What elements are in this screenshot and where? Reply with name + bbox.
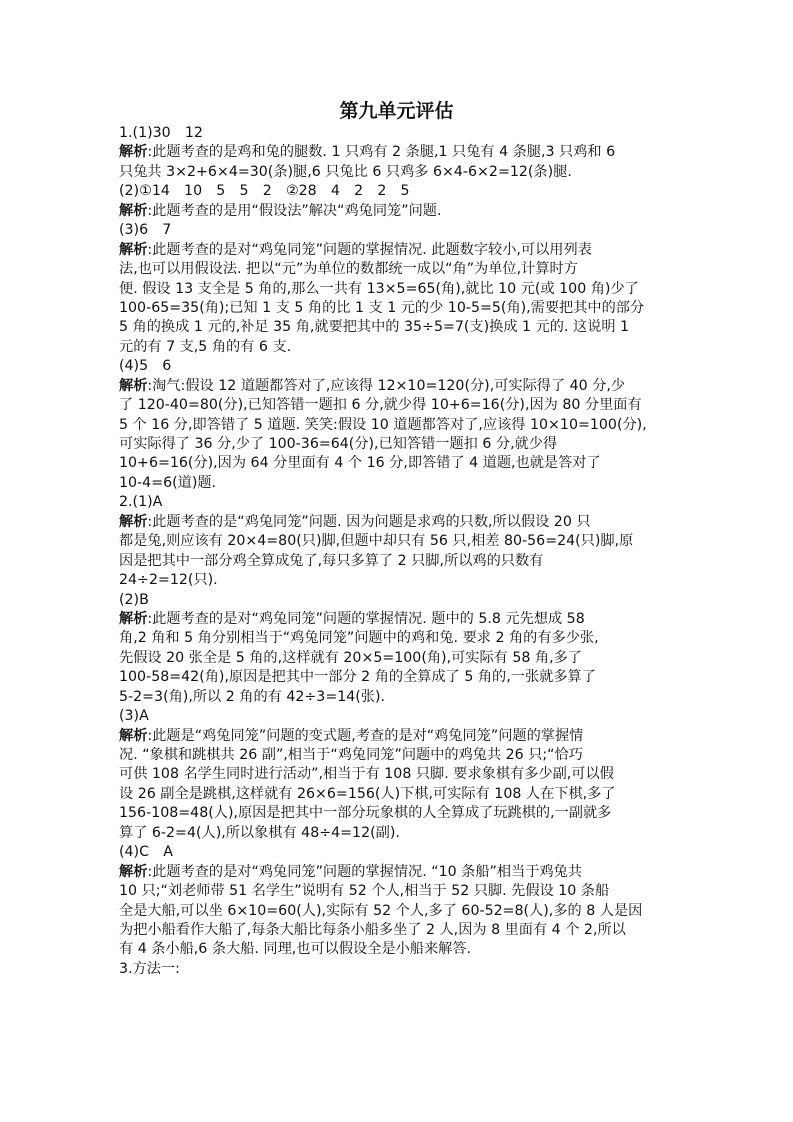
line-text: 全是大船,可以坐 6×10=60(人),实际有 52 个人,多了 60-52=8…: [119, 903, 642, 919]
text-line: 可实际得了 36 分,少了 100-36=64(分),已知答错一题扣 6 分,就…: [119, 435, 679, 454]
text-line: 都是兔,则应该有 20×4=80(只)脚,但题中却只有 56 只,相差 80-5…: [119, 532, 679, 551]
text-line: 了 120-40=80(分),已知答错一题扣 6 分,就少得 10+6=16(分…: [119, 396, 679, 415]
analysis-label: 解析: [119, 611, 147, 627]
text-line: 10+6=16(分),因为 64 分里面有 4 个 16 分,即答错了 4 道题…: [119, 454, 679, 473]
text-line: 便. 假设 13 支全是 5 角的,那么一共有 13×5=65(角),就比 10…: [119, 280, 679, 299]
line-text: :此题是“鸡兔同笼”问题的变式题,考查的是对“鸡兔同笼”问题的掌握情: [147, 728, 583, 744]
line-text: 2.(1)A: [119, 494, 162, 510]
line-text: 100-58=42(角),原因是把其中一部分 2 角的全算成了 5 角的,一张就…: [119, 669, 596, 685]
answer-line: 3.方法一:: [119, 960, 679, 979]
text-line: 法,也可以用假设法. 把以“元”为单位的数都统一成以“角”为单位,计算时方: [119, 260, 679, 279]
line-text: 只兔共 3×2+6×4=30(条)腿,6 只兔比 6 只鸡多 6×4-6×2=1…: [119, 164, 572, 180]
analysis-label: 解析: [119, 242, 147, 258]
text-line: 况. “象棋和跳棋共 26 副”,相当于“鸡兔同笼”问题中的鸡兔共 26 只;“…: [119, 746, 679, 765]
line-text: 都是兔,则应该有 20×4=80(只)脚,但题中却只有 56 只,相差 80-5…: [119, 533, 633, 549]
line-text: (4)C A: [119, 844, 173, 860]
analysis-line: 解析:此题考查的是“鸡兔同笼”问题. 因为问题是求鸡的只数,所以假设 20 只: [119, 513, 679, 532]
line-text: 10 只;“刘老师带 51 名学生”说明有 52 个人,相当于 52 只脚. 先…: [119, 883, 609, 899]
line-text: 156-108=48(人),原因是把其中一部分玩象棋的人全算成了玩跳棋的,一副就…: [119, 805, 611, 821]
page-title: 第九单元评估: [0, 98, 793, 124]
answer-content: 1.(1)30 12解析:此题考查的是鸡和兔的腿数. 1 只鸡有 2 条腿,1 …: [119, 124, 679, 979]
line-text: (4)5 6: [119, 358, 171, 374]
analysis-line: 解析:此题考查的是鸡和兔的腿数. 1 只鸡有 2 条腿,1 只兔有 4 条腿,3…: [119, 143, 679, 162]
text-line: 元的有 7 支,5 角的有 6 支.: [119, 338, 679, 357]
line-text: 先假设 20 张全是 5 角的,这样就有 20×5=100(角),可实际有 58…: [119, 650, 582, 666]
line-text: :此题考查的是对“鸡兔同笼”问题的掌握情况. 题中的 5.8 元先想成 58: [147, 611, 584, 627]
line-text: 角,2 角和 5 角分别相当于“鸡兔同笼”问题中的鸡和兔. 要求 2 角的有多少…: [119, 630, 599, 646]
line-text: 可供 108 名学生同时进行活动”,相当于有 108 只脚. 要求象棋有多少副,…: [119, 766, 614, 782]
text-line: 5-2=3(角),所以 2 角的有 42÷3=14(张).: [119, 688, 679, 707]
analysis-label: 解析: [119, 378, 147, 394]
line-text: 况. “象棋和跳棋共 26 副”,相当于“鸡兔同笼”问题中的鸡兔共 26 只;“…: [119, 747, 583, 763]
text-line: 角,2 角和 5 角分别相当于“鸡兔同笼”问题中的鸡和兔. 要求 2 角的有多少…: [119, 629, 679, 648]
analysis-label: 解析: [119, 203, 147, 219]
line-text: :此题考查的是“鸡兔同笼”问题. 因为问题是求鸡的只数,所以假设 20 只: [147, 514, 590, 530]
text-line: 可供 108 名学生同时进行活动”,相当于有 108 只脚. 要求象棋有多少副,…: [119, 765, 679, 784]
text-line: 有 4 条小船,6 条大船. 同理,也可以假设全是小船来解答.: [119, 940, 679, 959]
line-text: 24÷2=12(只).: [119, 572, 218, 588]
line-text: (3)6 7: [119, 222, 171, 238]
analysis-line: 解析:此题考查的是对“鸡兔同笼”问题的掌握情况. “10 条船”相当于鸡兔共: [119, 863, 679, 882]
line-text: 元的有 7 支,5 角的有 6 支.: [119, 339, 291, 355]
line-text: 100-65=35(角);已知 1 支 5 角的比 1 支 1 元的少 10-5…: [119, 300, 644, 316]
text-line: 设 26 副全是跳棋,这样就有 26×6=156(人)下棋,可实际有 108 人…: [119, 785, 679, 804]
document-page: 第九单元评估 1.(1)30 12解析:此题考查的是鸡和兔的腿数. 1 只鸡有 …: [0, 0, 793, 1122]
analysis-line: 解析:此题考查的是对“鸡兔同笼”问题的掌握情况. 题中的 5.8 元先想成 58: [119, 610, 679, 629]
line-text: 设 26 副全是跳棋,这样就有 26×6=156(人)下棋,可实际有 108 人…: [119, 786, 616, 802]
text-line: 156-108=48(人),原因是把其中一部分玩象棋的人全算成了玩跳棋的,一副就…: [119, 804, 679, 823]
line-text: :此题考查的是鸡和兔的腿数. 1 只鸡有 2 条腿,1 只兔有 4 条腿,3 只…: [147, 144, 615, 160]
answer-line: (2)①14 10 5 5 2 ②28 4 2 2 5: [119, 182, 679, 201]
answer-line: (4)5 6: [119, 357, 679, 376]
line-text: :此题考查的是对“鸡兔同笼”问题的掌握情况. 此题数字较小,可以用列表: [147, 242, 591, 258]
line-text: 10-4=6(道)题.: [119, 475, 216, 491]
text-line: 100-65=35(角);已知 1 支 5 角的比 1 支 1 元的少 10-5…: [119, 299, 679, 318]
analysis-label: 解析: [119, 514, 147, 530]
line-text: 3.方法一:: [119, 961, 180, 977]
text-line: 为把小船看作大船了,每条大船比每条小船多坐了 2 人,因为 8 里面有 4 个 …: [119, 921, 679, 940]
answer-line: (4)C A: [119, 843, 679, 862]
answer-line: (3)6 7: [119, 221, 679, 240]
line-text: 5 个 16 分,即答错了 5 道题. 笑笑:假设 10 道题都答对了,应该得 …: [119, 417, 647, 433]
line-text: 1.(1)30 12: [119, 125, 203, 141]
analysis-label: 解析: [119, 144, 147, 160]
text-line: 10 只;“刘老师带 51 名学生”说明有 52 个人,相当于 52 只脚. 先…: [119, 882, 679, 901]
line-text: 算了 6-2=4(人),所以象棋有 48÷4=12(副).: [119, 825, 400, 841]
text-line: 100-58=42(角),原因是把其中一部分 2 角的全算成了 5 角的,一张就…: [119, 668, 679, 687]
text-line: 因是把其中一部分鸡全算成兔了,每只多算了 2 只脚,所以鸡的只数有: [119, 552, 679, 571]
line-text: (2)B: [119, 592, 149, 608]
answer-line: 2.(1)A: [119, 493, 679, 512]
text-line: 5 角的换成 1 元的,补足 35 角,就要把其中的 35÷5=7(支)换成 1…: [119, 318, 679, 337]
text-line: 5 个 16 分,即答错了 5 道题. 笑笑:假设 10 道题都答对了,应该得 …: [119, 416, 679, 435]
text-line: 先假设 20 张全是 5 角的,这样就有 20×5=100(角),可实际有 58…: [119, 649, 679, 668]
line-text: :此题考查的是用“假设法”解决“鸡兔同笼”问题.: [147, 203, 441, 219]
line-text: 5 角的换成 1 元的,补足 35 角,就要把其中的 35÷5=7(支)换成 1…: [119, 319, 629, 335]
analysis-line: 解析:此题考查的是对“鸡兔同笼”问题的掌握情况. 此题数字较小,可以用列表: [119, 241, 679, 260]
analysis-line: 解析:此题是“鸡兔同笼”问题的变式题,考查的是对“鸡兔同笼”问题的掌握情: [119, 727, 679, 746]
text-line: 只兔共 3×2+6×4=30(条)腿,6 只兔比 6 只鸡多 6×4-6×2=1…: [119, 163, 679, 182]
answer-line: 1.(1)30 12: [119, 124, 679, 143]
answer-line: (3)A: [119, 707, 679, 726]
line-text: (3)A: [119, 708, 149, 724]
text-line: 24÷2=12(只).: [119, 571, 679, 590]
line-text: 便. 假设 13 支全是 5 角的,那么一共有 13×5=65(角),就比 10…: [119, 281, 639, 297]
analysis-label: 解析: [119, 864, 147, 880]
analysis-label: 解析: [119, 728, 147, 744]
text-line: 10-4=6(道)题.: [119, 474, 679, 493]
line-text: 法,也可以用假设法. 把以“元”为单位的数都统一成以“角”为单位,计算时方: [119, 261, 578, 277]
line-text: :淘气:假设 12 道题都答对了,应该得 12×10=120(分),可实际得了 …: [147, 378, 625, 394]
line-text: 有 4 条小船,6 条大船. 同理,也可以假设全是小船来解答.: [119, 941, 471, 957]
line-text: 可实际得了 36 分,少了 100-36=64(分),已知答错一题扣 6 分,就…: [119, 436, 557, 452]
line-text: 了 120-40=80(分),已知答错一题扣 6 分,就少得 10+6=16(分…: [119, 397, 642, 413]
line-text: 因是把其中一部分鸡全算成兔了,每只多算了 2 只脚,所以鸡的只数有: [119, 553, 543, 569]
text-line: 算了 6-2=4(人),所以象棋有 48÷4=12(副).: [119, 824, 679, 843]
line-text: (2)①14 10 5 5 2 ②28 4 2 2 5: [119, 183, 410, 199]
line-text: 10+6=16(分),因为 64 分里面有 4 个 16 分,即答错了 4 道题…: [119, 455, 601, 471]
text-line: 全是大船,可以坐 6×10=60(人),实际有 52 个人,多了 60-52=8…: [119, 902, 679, 921]
analysis-line: 解析:淘气:假设 12 道题都答对了,应该得 12×10=120(分),可实际得…: [119, 377, 679, 396]
answer-line: (2)B: [119, 591, 679, 610]
analysis-line: 解析:此题考查的是用“假设法”解决“鸡兔同笼”问题.: [119, 202, 679, 221]
line-text: 5-2=3(角),所以 2 角的有 42÷3=14(张).: [119, 689, 385, 705]
line-text: 为把小船看作大船了,每条大船比每条小船多坐了 2 人,因为 8 里面有 4 个 …: [119, 922, 626, 938]
line-text: :此题考查的是对“鸡兔同笼”问题的掌握情况. “10 条船”相当于鸡兔共: [147, 864, 582, 880]
